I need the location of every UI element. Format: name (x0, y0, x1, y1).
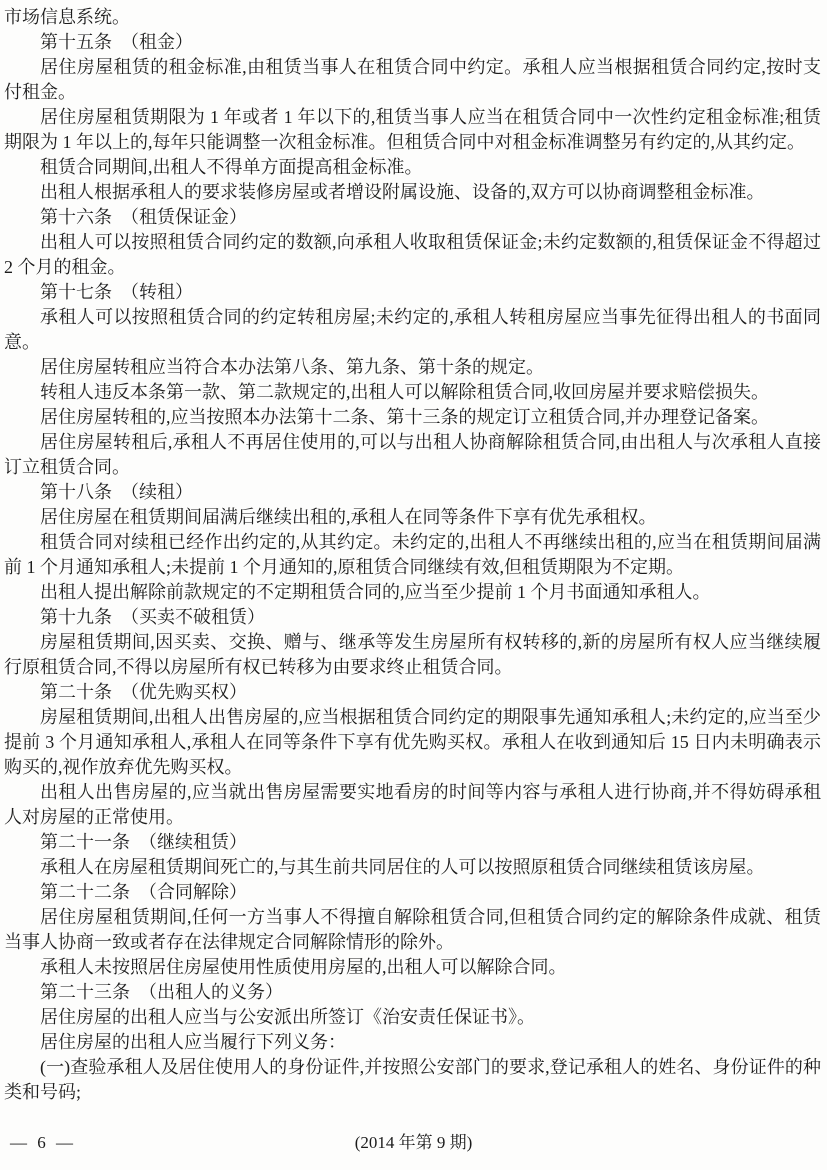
paragraph: 居住房屋转租的,应当按照本办法第十二条、第十三条的规定订立租赁合同,并办理登记备… (4, 405, 821, 430)
paragraph: 出租人根据承租人的要求装修房屋或者增设附属设施、设备的,双方可以协商调整租金标准… (4, 180, 821, 205)
paragraph: 第十七条 （转租） (4, 280, 821, 305)
paragraph: 承租人在房屋租赁期间死亡的,与其生前共同居住的人可以按照原租赁合同继续租赁该房屋… (4, 855, 821, 880)
paragraph: 居住房屋的出租人应当履行下列义务： (4, 1030, 821, 1055)
paragraph: 居住房屋的出租人应当与公安派出所签订《治安责任保证书》。 (4, 1005, 821, 1030)
paragraph: 市场信息系统。 (4, 5, 821, 30)
paragraph: (一)查验承租人及居住使用人的身份证件,并按照公安部门的要求,登记承租人的姓名、… (4, 1055, 821, 1105)
paragraph: 转租人违反本条第一款、第二款规定的,出租人可以解除租赁合同,收回房屋并要求赔偿损… (4, 380, 821, 405)
page-number: — 6 — (10, 1130, 76, 1155)
document-page: 市场信息系统。第十五条 （租金）居住房屋租赁的租金标准,由租赁当事人在租赁合同中… (0, 0, 827, 1170)
paragraph: 第二十条 （优先购买权） (4, 680, 821, 705)
paragraph: 租赁合同对续租已经作出约定的,从其约定。未约定的,出租人不再继续出租的,应当在租… (4, 530, 821, 580)
paragraph: 居住房屋转租应当符合本办法第八条、第九条、第十条的规定。 (4, 355, 821, 380)
paragraph: 居住房屋租赁期限为 1 年或者 1 年以下的,租赁当事人应当在租赁合同中一次性约… (4, 105, 821, 155)
paragraph: 第十九条 （买卖不破租赁） (4, 605, 821, 630)
document-body: 市场信息系统。第十五条 （租金）居住房屋租赁的租金标准,由租赁当事人在租赁合同中… (0, 0, 827, 1105)
paragraph: 承租人未按照居住房屋使用性质使用房屋的,出租人可以解除合同。 (4, 955, 821, 980)
paragraph: 第二十二条 （合同解除） (4, 880, 821, 905)
paragraph: 第十六条 （租赁保证金） (4, 205, 821, 230)
paragraph: 居住房屋租赁期间,任何一方当事人不得擅自解除租赁合同,但租赁合同约定的解除条件成… (4, 905, 821, 955)
paragraph: 承租人可以按照租赁合同的约定转租房屋;未约定的,承租人转租房屋应当事先征得出租人… (4, 305, 821, 355)
paragraph: 房屋租赁期间,出租人出售房屋的,应当根据租赁合同约定的期限事先通知承租人;未约定… (4, 705, 821, 780)
paragraph: 房屋租赁期间,因买卖、交换、赠与、继承等发生房屋所有权转移的,新的房屋所有权人应… (4, 630, 821, 680)
paragraph: 出租人出售房屋的,应当就出售房屋需要实地看房的时间等内容与承租人进行协商,并不得… (4, 780, 821, 830)
paragraph: 第二十一条 （继续租赁） (4, 830, 821, 855)
paragraph: 第十五条 （租金） (4, 30, 821, 55)
paragraph: 第二十三条 （出租人的义务） (4, 980, 821, 1005)
paragraph: 出租人可以按照租赁合同约定的数额,向承租人收取租赁保证金;未约定数额的,租赁保证… (4, 230, 821, 280)
paragraph: 居住房屋租赁的租金标准,由租赁当事人在租赁合同中约定。承租人应当根据租赁合同约定… (4, 55, 821, 105)
paragraph: 租赁合同期间,出租人不得单方面提高租金标准。 (4, 155, 821, 180)
paragraph: 居住房屋转租后,承租人不再居住使用的,可以与出租人协商解除租赁合同,由出租人与次… (4, 430, 821, 480)
page-footer: — 6 — (2014 年第 9 期) (0, 1128, 827, 1158)
issue-label: (2014 年第 9 期) (0, 1128, 827, 1155)
paragraph: 第十八条 （续租） (4, 480, 821, 505)
paragraph: 出租人提出解除前款规定的不定期租赁合同的,应当至少提前 1 个月书面通知承租人。 (4, 580, 821, 605)
paragraph: 居住房屋在租赁期间届满后继续出租的,承租人在同等条件下享有优先承租权。 (4, 505, 821, 530)
